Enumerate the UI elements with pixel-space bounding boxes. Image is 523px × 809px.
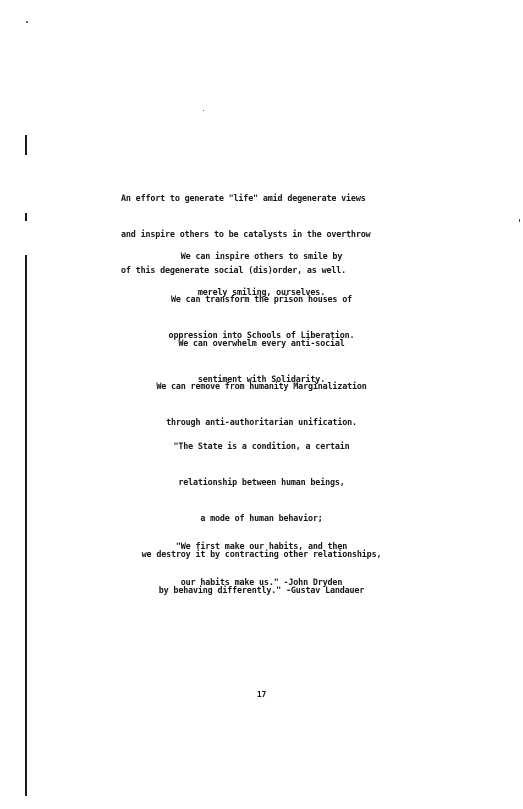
page-number: 17 <box>0 689 523 701</box>
intro-line: An effort to generate "life" amid degene… <box>121 192 371 204</box>
statement-line: We can inspire others to smile by <box>0 250 523 262</box>
quote-dryden: "We first make our habits, and then our … <box>0 516 523 612</box>
quote-line: "The State is a condition, a certain <box>0 440 523 452</box>
document-page: An effort to generate "life" amid degene… <box>0 0 523 809</box>
scan-speck <box>26 21 28 23</box>
scan-speck <box>519 219 520 222</box>
quote-line: "We first make our habits, and then <box>0 540 523 552</box>
statement-line: We can remove from humanity Marginalizat… <box>0 380 523 392</box>
quote-line: our habits make us." -John Dryden <box>0 576 523 588</box>
statement-line: We can transform the prison houses of <box>0 293 523 305</box>
margin-line-segment <box>25 135 27 155</box>
statement-line: We can overwhelm every anti-social <box>0 337 523 349</box>
scan-speck <box>203 110 204 111</box>
margin-line-segment <box>25 213 27 221</box>
quote-line: relationship between human beings, <box>0 476 523 488</box>
